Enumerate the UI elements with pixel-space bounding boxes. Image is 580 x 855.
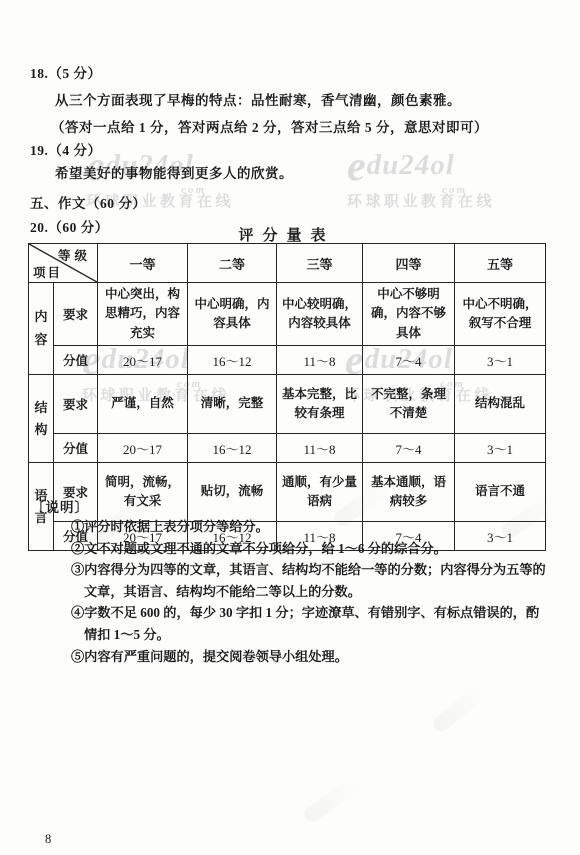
requirement-cell: 贴切，流畅	[188, 463, 277, 522]
score-cell: 20～17	[98, 346, 188, 375]
table-title: 评分量表	[28, 224, 545, 245]
grade-header: 五等	[455, 244, 546, 283]
score-cell: 11～8	[277, 346, 363, 375]
note-item-2: ②文不对题或文理不通的文章不分项给分，给 1～6 分的综合分。	[71, 538, 551, 560]
row-label-requirement: 要求	[54, 375, 98, 434]
grade-header: 二等	[188, 244, 277, 283]
requirement-cell: 严谨，自然	[98, 375, 188, 434]
note-item-3: ③内容得分为四等的文章，其语言、结构均不能给一等的分数；内容得分为五等的文章，其…	[71, 559, 551, 602]
table-header-row: 等级 项目 一等 二等 三等 四等 五等	[29, 244, 546, 283]
requirement-cell: 结构混乱	[455, 375, 546, 434]
note-item-1: ①评分时依据上表分项分等给分。	[71, 516, 551, 538]
table-row-structure-score: 分值 20～17 16～12 11～8 7～4 3～1	[29, 434, 546, 463]
q18-answer: 从三个方面表现了早梅的特点：品性耐寒，香气清幽，颜色素雅。	[55, 89, 461, 109]
requirement-cell: 中心不够明确，内容不够具体	[363, 283, 455, 346]
note-item-5: ⑤内容有严重问题的，提交阅卷领导小组处理。	[71, 646, 551, 668]
grade-header: 四等	[363, 244, 455, 283]
requirement-cell: 不完整，条理不清楚	[363, 375, 455, 434]
page-number: 8	[45, 832, 51, 847]
score-cell: 3～1	[455, 434, 546, 463]
requirement-cell: 语言不通	[455, 463, 546, 522]
q19-heading: 19.（4 分）	[30, 139, 102, 159]
q18-heading: 18.（5 分）	[30, 62, 102, 82]
score-cell: 3～1	[455, 346, 546, 375]
score-cell: 11～8	[277, 434, 363, 463]
section5-heading: 五、作文（60 分）	[30, 192, 146, 212]
corner-header-cell: 等级 项目	[29, 244, 98, 283]
table-row-content-score: 分值 20～17 16～12 11～8 7～4 3～1	[29, 346, 546, 375]
category-label-content: 内容	[29, 283, 54, 375]
table-row-content-req: 内容 要求 中心突出，构思精巧，内容充实 中心明确，内容具体 中心较明确，内容较…	[29, 283, 546, 346]
score-cell: 16～12	[188, 434, 277, 463]
document-page: edu24olcom 环球职业教育在线 edu24olcom 环球职业教育在线 …	[0, 0, 580, 855]
category-label-structure: 结构	[29, 375, 54, 463]
notes-heading: 〔说明〕	[31, 496, 89, 516]
score-cell: 20～17	[98, 434, 188, 463]
requirement-cell: 中心明确，内容具体	[188, 283, 277, 346]
scoring-rubric-table: 等级 项目 一等 二等 三等 四等 五等 内容 要求 中心突出，构思精巧，内容充…	[28, 243, 546, 551]
row-label-score: 分值	[54, 346, 98, 375]
requirement-cell: 中心不明确，叙写不合理	[455, 283, 546, 346]
notes-list: ①评分时依据上表分项分等给分。 ②文不对题或文理不通的文章不分项给分，给 1～6…	[71, 516, 551, 667]
score-cell: 7～4	[363, 434, 455, 463]
row-label-score: 分值	[54, 434, 98, 463]
score-cell: 7～4	[363, 346, 455, 375]
content-layer: 18.（5 分） 从三个方面表现了早梅的特点：品性耐寒，香气清幽，颜色素雅。 （…	[0, 0, 580, 855]
q19-answer: 希望美好的事物能得到更多人的欣赏。	[55, 162, 293, 182]
table-row-structure-req: 结构 要求 严谨，自然 清晰，完整 基本完整，比较有条理 不完整，条理不清楚 结…	[29, 375, 546, 434]
corner-label-item: 项目	[33, 263, 62, 281]
requirement-cell: 通顺，有少量语病	[277, 463, 363, 522]
score-cell: 16～12	[188, 346, 277, 375]
grade-header: 三等	[277, 244, 363, 283]
q18-scoring-note: （答对一点给 1 分，答对两点给 2 分，答对三点给 5 分，意思对即可）	[51, 116, 488, 136]
requirement-cell: 简明，流畅，有文采	[98, 463, 188, 522]
note-item-4: ④字数不足 600 的，每少 30 字扣 1 分；字迹潦草、有错别字、有标点错误…	[71, 602, 551, 645]
requirement-cell: 中心较明确，内容较具体	[277, 283, 363, 346]
requirement-cell: 中心突出，构思精巧，内容充实	[98, 283, 188, 346]
corner-label-grade: 等级	[58, 246, 91, 264]
requirement-cell: 基本通顺，语病较多	[363, 463, 455, 522]
requirement-cell: 基本完整，比较有条理	[277, 375, 363, 434]
grade-header: 一等	[98, 244, 188, 283]
requirement-cell: 清晰，完整	[188, 375, 277, 434]
table-row-language-req: 语言 要求 简明，流畅，有文采 贴切，流畅 通顺，有少量语病 基本通顺，语病较多…	[29, 463, 546, 522]
row-label-requirement: 要求	[54, 283, 98, 346]
